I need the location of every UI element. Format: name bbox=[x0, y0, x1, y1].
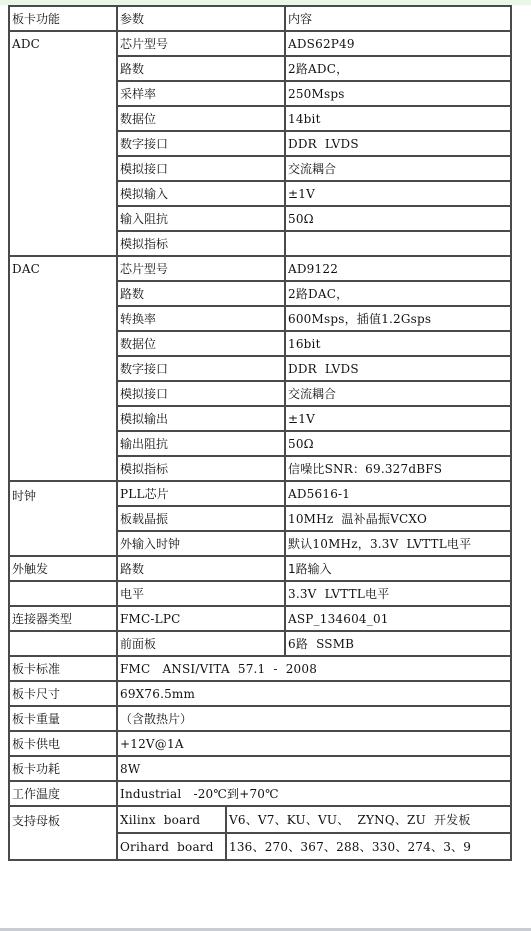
param-cell: 模拟接口 bbox=[117, 381, 285, 406]
value-cell: ±1V bbox=[285, 406, 511, 431]
function-cell-connector: 连接器类型 bbox=[9, 606, 117, 631]
value-cell: 2路DAC， bbox=[285, 281, 511, 306]
param-cell: 模拟指标 bbox=[117, 231, 285, 256]
function-cell-clock: 时钟 bbox=[9, 481, 117, 556]
spec-table: 板卡功能 参数 内容 ADC 芯片型号 ADS62P49 路数2路ADC， 采样… bbox=[8, 5, 512, 861]
value-cell: 2路ADC， bbox=[285, 56, 511, 81]
param-cell: 输出阻抗 bbox=[117, 431, 285, 456]
table-row: 板卡尺寸 69X76.5mm bbox=[9, 681, 511, 706]
value-cell: （含散热片） bbox=[117, 706, 511, 731]
value-cell: 16bit bbox=[285, 331, 511, 356]
table-row: 板卡重量 （含散热片） bbox=[9, 706, 511, 731]
param-cell: 数字接口 bbox=[117, 356, 285, 381]
value-cell: AD9122 bbox=[285, 256, 511, 281]
value-cell: 6路 SSMB bbox=[285, 631, 511, 656]
value-cell: 8W bbox=[117, 756, 511, 781]
param-cell: 电平 bbox=[117, 581, 285, 606]
value-cell: 交流耦合 bbox=[285, 156, 511, 181]
value-cell: 交流耦合 bbox=[285, 381, 511, 406]
value-cell: 50Ω bbox=[285, 206, 511, 231]
function-cell-adc: ADC bbox=[9, 31, 117, 256]
table-row: DAC 芯片型号 AD9122 bbox=[9, 256, 511, 281]
function-cell: 板卡尺寸 bbox=[9, 681, 117, 706]
value-cell: 1路输入 bbox=[285, 556, 511, 581]
table-row: ADC 芯片型号 ADS62P49 bbox=[9, 31, 511, 56]
param-cell: 模拟指标 bbox=[117, 456, 285, 481]
header-value: 内容 bbox=[285, 6, 511, 31]
table-row: 工作温度 Industrial -20℃到+70℃ bbox=[9, 781, 511, 806]
function-cell-empty bbox=[9, 631, 117, 656]
table-row: Orihard board 136、270、367、288、330、274、3、… bbox=[118, 833, 510, 859]
function-cell: 板卡标准 bbox=[9, 656, 117, 681]
value-cell: 250Msps bbox=[285, 81, 511, 106]
table-row: 电平 3.3V LVTTL电平 bbox=[9, 581, 511, 606]
models-cell: V6、V7、KU、VU、 ZYNQ、ZU 开发板 bbox=[226, 807, 510, 833]
function-cell: 板卡功耗 bbox=[9, 756, 117, 781]
table-row: 板卡功耗 8W bbox=[9, 756, 511, 781]
param-cell: 路数 bbox=[117, 281, 285, 306]
param-cell: 芯片型号 bbox=[117, 31, 285, 56]
value-cell: AD5616-1 bbox=[285, 481, 511, 506]
param-cell: FMC-LPC bbox=[117, 606, 285, 631]
param-cell: 板载晶振 bbox=[117, 506, 285, 531]
param-cell: 芯片型号 bbox=[117, 256, 285, 281]
table-row: Xilinx board V6、V7、KU、VU、 ZYNQ、ZU 开发板 bbox=[118, 807, 510, 833]
value-cell: ±1V bbox=[285, 181, 511, 206]
param-cell: 数字接口 bbox=[117, 131, 285, 156]
value-cell: Industrial -20℃到+70℃ bbox=[117, 781, 511, 806]
value-cell: +12V@1A bbox=[117, 731, 511, 756]
value-cell: 50Ω bbox=[285, 431, 511, 456]
function-cell: 工作温度 bbox=[9, 781, 117, 806]
function-cell-trigger: 外触发 bbox=[9, 556, 117, 581]
param-cell: 路数 bbox=[117, 556, 285, 581]
param-cell: PLL芯片 bbox=[117, 481, 285, 506]
function-cell-dac: DAC bbox=[9, 256, 117, 481]
table-row: 连接器类型 FMC-LPC ASP_134604_01 bbox=[9, 606, 511, 631]
value-cell: DDR LVDS bbox=[285, 356, 511, 381]
value-cell: 10MHz 温补晶振VCXO bbox=[285, 506, 511, 531]
header-function: 板卡功能 bbox=[9, 6, 117, 31]
value-cell: 信噪比SNR：69.327dBFS bbox=[285, 456, 511, 481]
header-row: 板卡功能 参数 内容 bbox=[9, 6, 511, 31]
param-cell: 模拟输入 bbox=[117, 181, 285, 206]
function-cell-empty bbox=[9, 581, 117, 606]
motherboard-subtable-cell: Xilinx board V6、V7、KU、VU、 ZYNQ、ZU 开发板 Or… bbox=[117, 806, 511, 860]
motherboard-subtable: Xilinx board V6、V7、KU、VU、 ZYNQ、ZU 开发板 Or… bbox=[118, 807, 510, 859]
value-cell: FMC ANSI/VITA 57.1 - 2008 bbox=[117, 656, 511, 681]
value-cell: DDR LVDS bbox=[285, 131, 511, 156]
board-cell: Orihard board bbox=[118, 833, 226, 859]
value-cell: ASP_134604_01 bbox=[285, 606, 511, 631]
table-row: 时钟 PLL芯片 AD5616-1 bbox=[9, 481, 511, 506]
table-row: 前面板 6路 SSMB bbox=[9, 631, 511, 656]
value-cell: 3.3V LVTTL电平 bbox=[285, 581, 511, 606]
value-cell: ADS62P49 bbox=[285, 31, 511, 56]
param-cell: 采样率 bbox=[117, 81, 285, 106]
param-cell: 输入阻抗 bbox=[117, 206, 285, 231]
value-cell bbox=[285, 231, 511, 256]
header-param: 参数 bbox=[117, 6, 285, 31]
param-cell: 模拟输出 bbox=[117, 406, 285, 431]
function-cell-motherboard: 支持母板 bbox=[9, 806, 117, 860]
param-cell: 模拟接口 bbox=[117, 156, 285, 181]
param-cell: 数据位 bbox=[117, 106, 285, 131]
param-cell: 转换率 bbox=[117, 306, 285, 331]
value-cell: 600Msps，插值1.2Gsps bbox=[285, 306, 511, 331]
board-cell: Xilinx board bbox=[118, 807, 226, 833]
table-row: 板卡供电 +12V@1A bbox=[9, 731, 511, 756]
function-cell: 板卡供电 bbox=[9, 731, 117, 756]
value-cell: 69X76.5mm bbox=[117, 681, 511, 706]
param-cell: 数据位 bbox=[117, 331, 285, 356]
table-row: 支持母板 Xilinx board V6、V7、KU、VU、 ZYNQ、ZU 开… bbox=[9, 806, 511, 860]
value-cell: 默认10MHz，3.3V LVTTL电平 bbox=[285, 531, 511, 556]
table-row: 板卡标准 FMC ANSI/VITA 57.1 - 2008 bbox=[9, 656, 511, 681]
models-cell: 136、270、367、288、330、274、3、9 bbox=[226, 833, 510, 859]
function-cell: 板卡重量 bbox=[9, 706, 117, 731]
value-cell: 14bit bbox=[285, 106, 511, 131]
table-row: 外触发 路数 1路输入 bbox=[9, 556, 511, 581]
param-cell: 外输入时钟 bbox=[117, 531, 285, 556]
param-cell: 路数 bbox=[117, 56, 285, 81]
param-cell: 前面板 bbox=[117, 631, 285, 656]
